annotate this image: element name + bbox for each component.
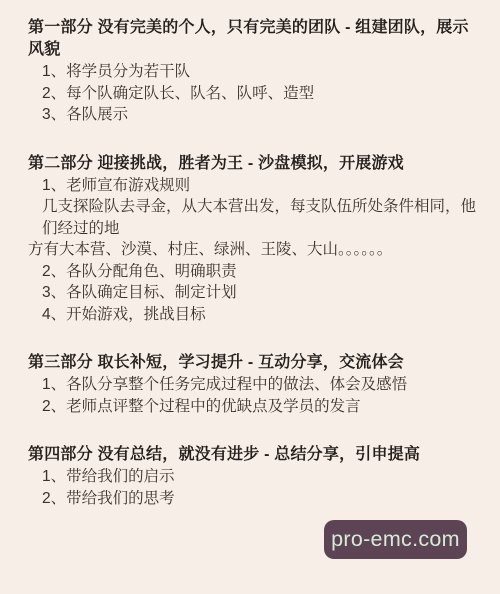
paragraph-line: 几支探险队去寻金，从大本营出发，每支队伍所处条件相同，他们经过的地: [28, 196, 482, 239]
list-item: 3、各队确定目标、制定计划: [28, 282, 482, 304]
section-part-3: 第三部分 取长补短，学习提升 - 互动分享，交流体会 1、各队分享整个任务完成过…: [28, 352, 482, 417]
list-item: 2、老师点评整个过程中的优缺点及学员的发言: [28, 396, 482, 418]
section-heading: 第二部分 迎接挑战，胜者为王 - 沙盘模拟，开展游戏: [28, 153, 482, 175]
section-heading: 第四部分 没有总结，就没有进步 - 总结分享，引申提高: [28, 444, 482, 466]
section-heading: 第一部分 没有完美的个人，只有完美的团队 - 组建团队，展示风貌: [28, 17, 482, 61]
section-list: 2、各队分配角色、明确职责 3、各队确定目标、制定计划 4、开始游戏，挑战目标: [28, 261, 482, 326]
section-part-1: 第一部分 没有完美的个人，只有完美的团队 - 组建团队，展示风貌 1、将学员分为…: [28, 17, 482, 126]
list-item: 4、开始游戏，挑战目标: [28, 304, 482, 326]
list-item: 1、将学员分为若干队: [28, 61, 482, 83]
watermark-badge: pro-emc.com: [324, 520, 467, 559]
list-item: 1、各队分享整个任务完成过程中的做法、体会及感悟: [28, 374, 482, 396]
section-list: 1、带给我们的启示 2、带给我们的思考: [28, 466, 482, 509]
section-list: 1、各队分享整个任务完成过程中的做法、体会及感悟 2、老师点评整个过程中的优缺点…: [28, 374, 482, 417]
list-item: 1、带给我们的启示: [28, 466, 482, 488]
section-part-2: 第二部分 迎接挑战，胜者为王 - 沙盘模拟，开展游戏 1、老师宣布游戏规则 几支…: [28, 153, 482, 326]
paragraph-line: 方有大本营、沙漠、村庄、绿洲、王陵、大山。。。。。。: [28, 239, 482, 261]
document-page: 第一部分 没有完美的个人，只有完美的团队 - 组建团队，展示风貌 1、将学员分为…: [0, 0, 500, 594]
document-content: 第一部分 没有完美的个人，只有完美的团队 - 组建团队，展示风貌 1、将学员分为…: [0, 0, 500, 509]
list-item: 1、老师宣布游戏规则: [28, 175, 482, 197]
section-heading: 第三部分 取长补短，学习提升 - 互动分享，交流体会: [28, 352, 482, 374]
list-item: 2、带给我们的思考: [28, 488, 482, 510]
section-list: 1、将学员分为若干队 2、每个队确定队长、队名、队呼、造型 3、各队展示: [28, 61, 482, 126]
list-item: 2、各队分配角色、明确职责: [28, 261, 482, 283]
list-item: 2、每个队确定队长、队名、队呼、造型: [28, 83, 482, 105]
list-item: 3、各队展示: [28, 104, 482, 126]
watermark-label: pro-emc.com: [331, 527, 460, 552]
section-part-4: 第四部分 没有总结，就没有进步 - 总结分享，引申提高 1、带给我们的启示 2、…: [28, 444, 482, 509]
